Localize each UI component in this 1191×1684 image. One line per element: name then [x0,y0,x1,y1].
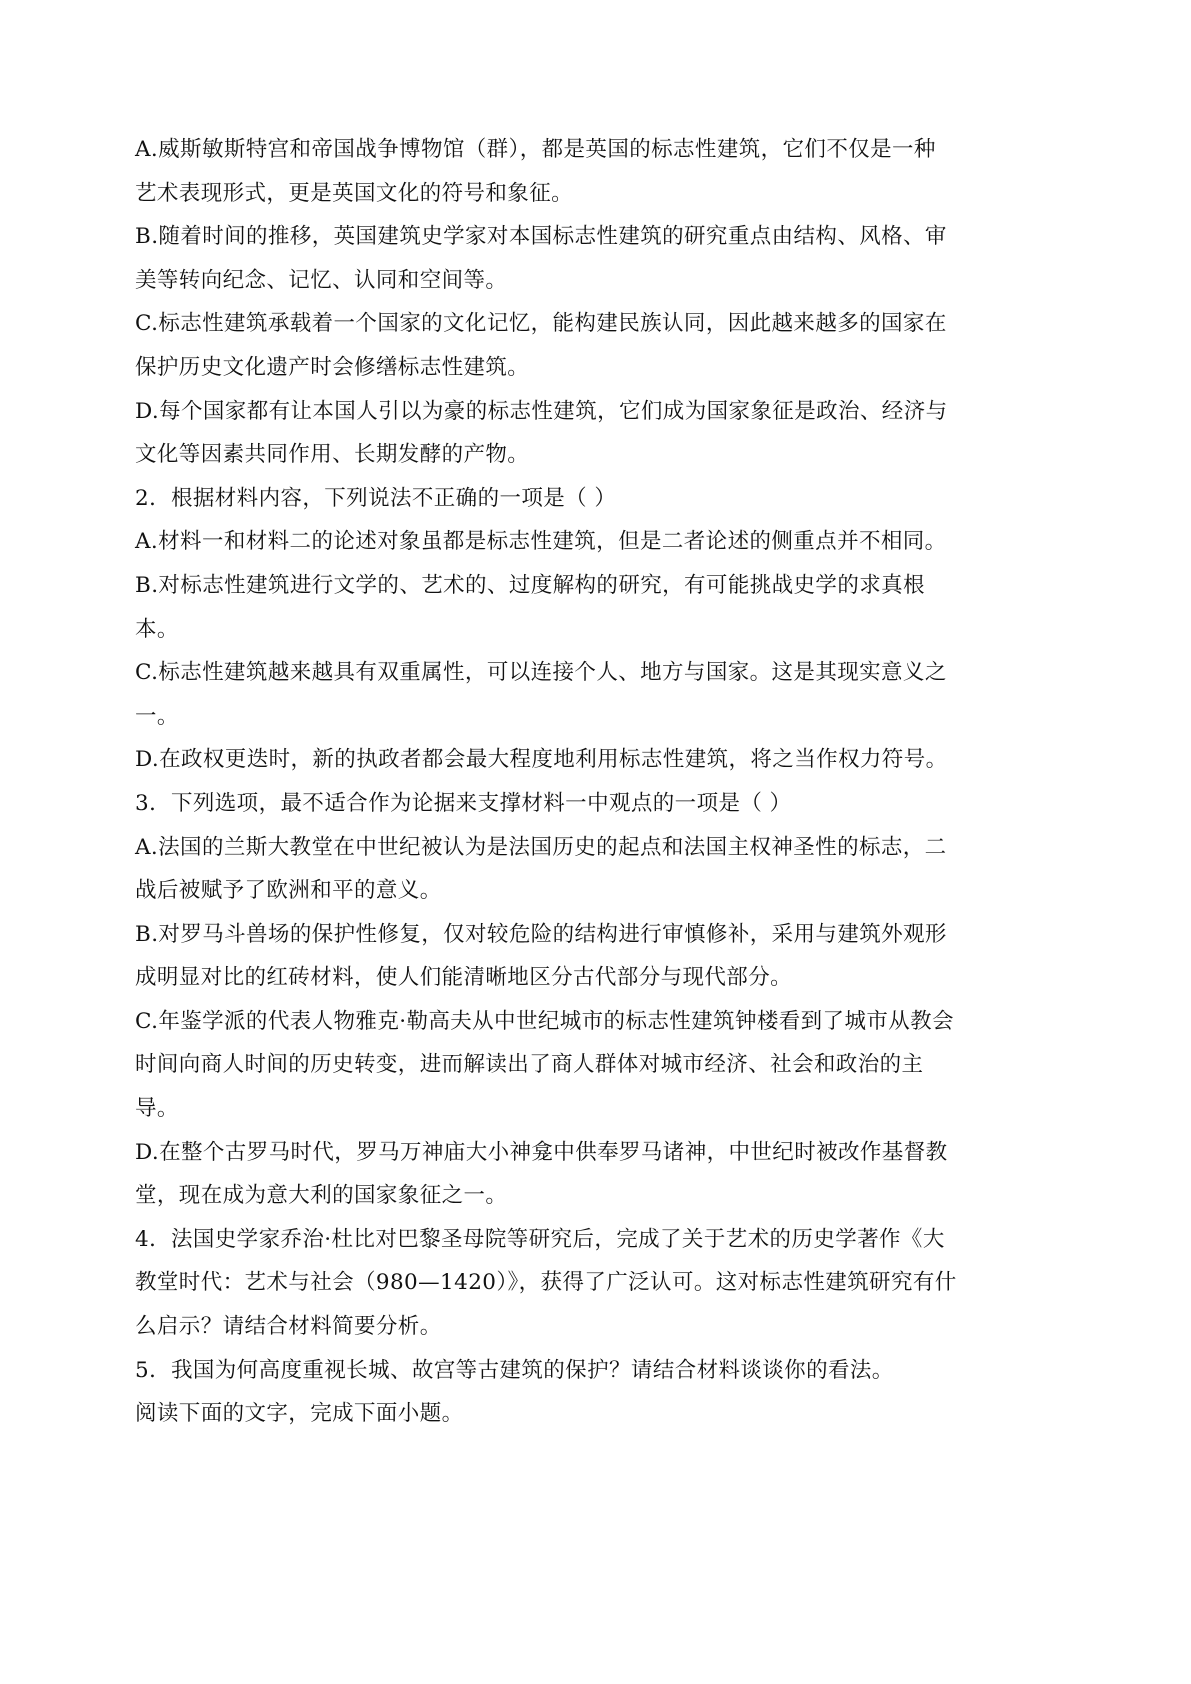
q1-option-c-line2: 保护历史文化遗产时会修缮标志性建筑。 [135,346,1065,390]
q1-option-a-line2: 艺术表现形式，更是英国文化的符号和象征。 [135,172,1065,216]
q1-option-a-line1: A.威斯敏斯特宫和帝国战争博物馆（群），都是英国的标志性建筑，它们不仅是一种 [135,128,1065,172]
q1-option-d-line1: D.每个国家都有让本国人引以为豪的标志性建筑，它们成为国家象征是政治、经济与 [135,390,1065,434]
q1-option-d-line2: 文化等因素共同作用、长期发酵的产物。 [135,433,1065,477]
question-3-stem: 3．下列选项，最不适合作为论据来支撑材料一中观点的一项是（ ） [135,782,1065,826]
q2-option-b-line1: B.对标志性建筑进行文学的、艺术的、过度解构的研究，有可能挑战史学的求真根 [135,564,1065,608]
q3-option-c-line2: 时间向商人时间的历史转变，进而解读出了商人群体对城市经济、社会和政治的主 [135,1043,1065,1087]
q1-option-b-line1: B.随着时间的推移，英国建筑史学家对本国标志性建筑的研究重点由结构、风格、审 [135,215,1065,259]
q3-option-d-line2: 堂，现在成为意大利的国家象征之一。 [135,1174,1065,1218]
q2-option-a: A.材料一和材料二的论述对象虽都是标志性建筑，但是二者论述的侧重点并不相同。 [135,520,1065,564]
q3-option-a-line2: 战后被赋予了欧洲和平的意义。 [135,869,1065,913]
question-2-stem: 2．根据材料内容，下列说法不正确的一项是（ ） [135,477,1065,521]
q2-option-b-line2: 本。 [135,608,1065,652]
q1-option-b-line2: 美等转向纪念、记忆、认同和空间等。 [135,259,1065,303]
q2-option-c-line2: 一。 [135,695,1065,739]
q2-option-c-line1: C.标志性建筑越来越具有双重属性，可以连接个人、地方与国家。这是其现实意义之 [135,651,1065,695]
q1-option-c-line1: C.标志性建筑承载着一个国家的文化记忆，能构建民族认同，因此越来越多的国家在 [135,302,1065,346]
reading-instruction: 阅读下面的文字，完成下面小题。 [135,1392,1065,1436]
q3-option-c-line1: C.年鉴学派的代表人物雅克·勒高夫从中世纪城市的标志性建筑钟楼看到了城市从教会 [135,1000,1065,1044]
q3-option-b-line1: B.对罗马斗兽场的保护性修复，仅对较危险的结构进行审慎修补，采用与建筑外观形 [135,913,1065,957]
question-4-line1: 4．法国史学家乔治·杜比对巴黎圣母院等研究后，完成了关于艺术的历史学著作《大 [135,1218,1065,1262]
question-4-line3: 么启示？请结合材料简要分析。 [135,1305,1065,1349]
q3-option-c-line3: 导。 [135,1087,1065,1131]
q3-option-a-line1: A.法国的兰斯大教堂在中世纪被认为是法国历史的起点和法国主权神圣性的标志，二 [135,826,1065,870]
q3-option-b-line2: 成明显对比的红砖材料，使人们能清晰地区分古代部分与现代部分。 [135,956,1065,1000]
q2-option-d: D.在政权更迭时，新的执政者都会最大程度地利用标志性建筑，将之当作权力符号。 [135,738,1065,782]
document-page: A.威斯敏斯特宫和帝国战争博物馆（群），都是英国的标志性建筑，它们不仅是一种 艺… [135,128,1065,1436]
q3-option-d-line1: D.在整个古罗马时代，罗马万神庙大小神龛中供奉罗马诸神，中世纪时被改作基督教 [135,1131,1065,1175]
question-5: 5．我国为何高度重视长城、故宫等古建筑的保护？请结合材料谈谈你的看法。 [135,1349,1065,1393]
question-4-line2: 教堂时代：艺术与社会（980—1420）》，获得了广泛认可。这对标志性建筑研究有… [135,1261,1065,1305]
